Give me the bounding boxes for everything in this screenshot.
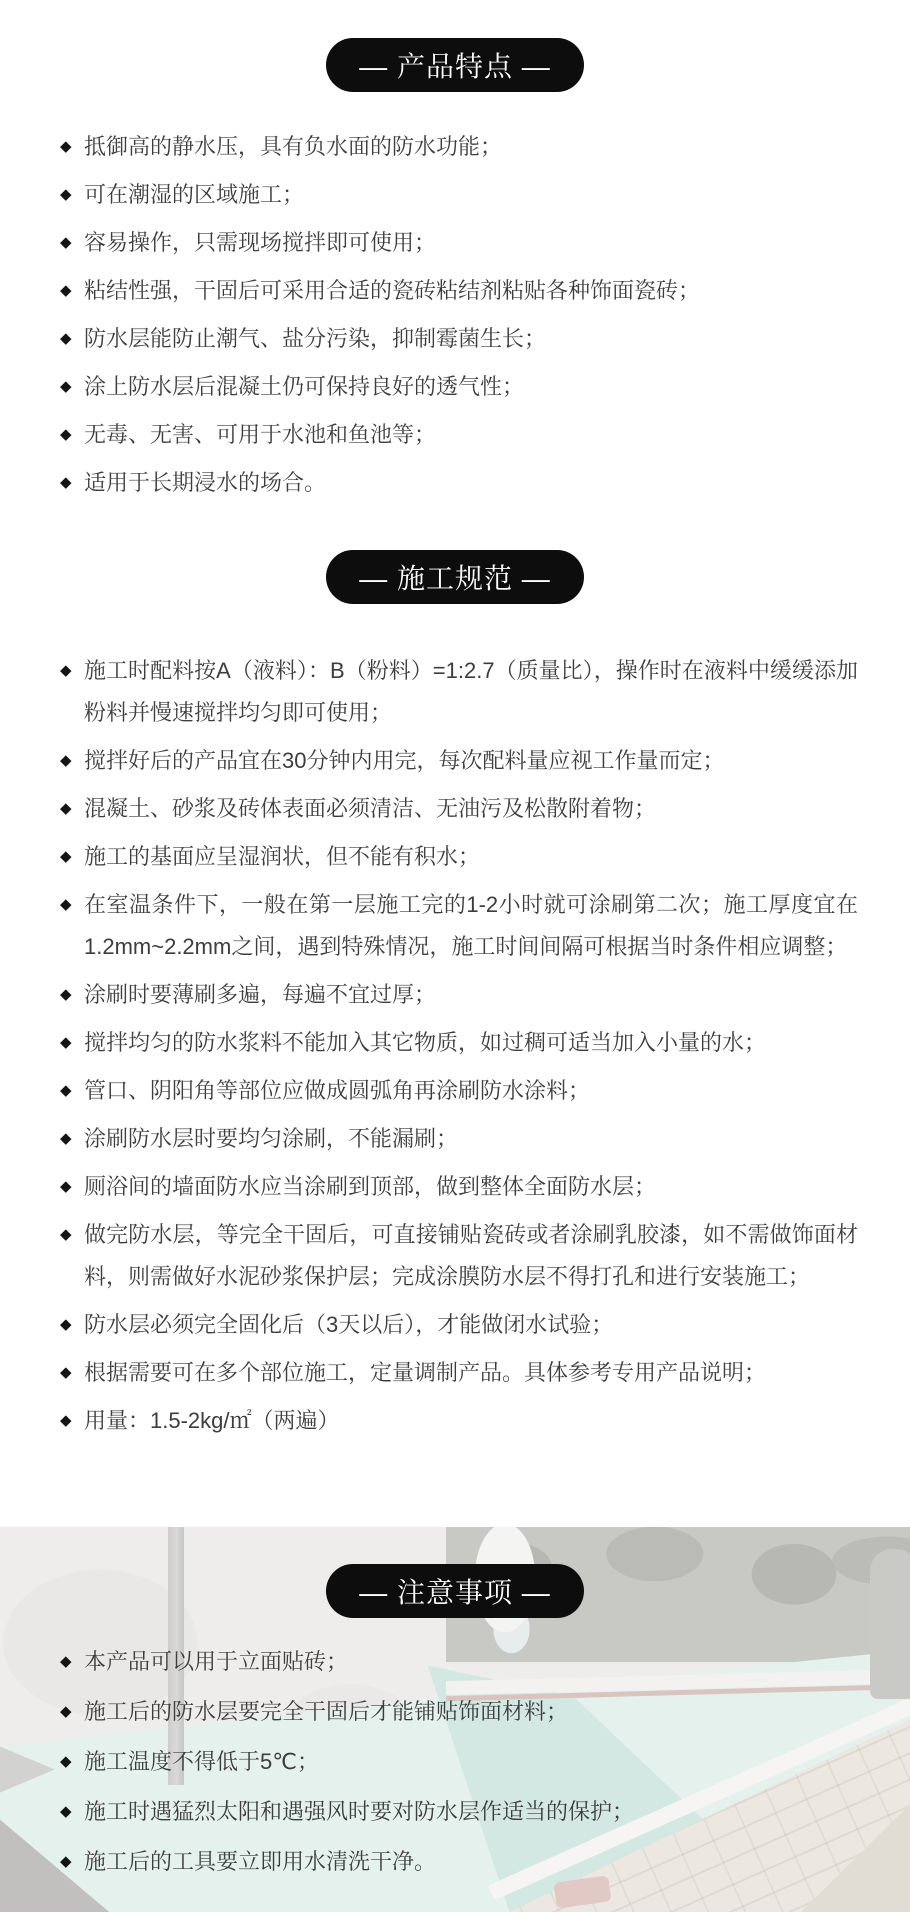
- bullet-item: ◆适用于长期浸水的场合。: [60, 462, 858, 504]
- bullet-text: 厕浴间的墙面防水应当涂刷到顶部，做到整体全面防水层；: [84, 1174, 656, 1199]
- bullet-item: ◆无毒、无害、可用于水池和鱼池等；: [60, 414, 858, 456]
- bullet-text: 用量：1.5-2kg/㎡（两遍）: [84, 1408, 340, 1433]
- bullet-text: 本产品可以用于立面贴砖；: [84, 1649, 348, 1674]
- diamond-bullet-icon: ◆: [60, 126, 72, 168]
- section-title-pill: — 施工规范 —: [326, 550, 584, 604]
- bullet-item: ◆本产品可以用于立面贴砖；: [60, 1641, 858, 1683]
- bullet-text: 涂刷时要薄刷多遍，每遍不宜过厚；: [84, 982, 436, 1007]
- diamond-bullet-icon: ◆: [60, 650, 72, 692]
- diamond-bullet-icon: ◆: [60, 788, 72, 830]
- diamond-bullet-icon: ◆: [60, 1304, 72, 1346]
- bullet-item: ◆可在潮湿的区域施工；: [60, 174, 858, 216]
- diamond-bullet-icon: ◆: [60, 740, 72, 782]
- section-product-features: — 产品特点 — ◆抵御高的静水压，具有负水面的防水功能； ◆可在潮湿的区域施工…: [0, 0, 910, 504]
- bullet-text: 抵御高的静水压，具有负水面的防水功能；: [84, 134, 502, 159]
- bullet-text: 粘结性强，干固后可采用合适的瓷砖粘结剂粘贴各种饰面瓷砖；: [84, 278, 700, 303]
- bullet-item: ◆防水层能防止潮气、盐分污染，抑制霉菌生长；: [60, 318, 858, 360]
- diamond-bullet-icon: ◆: [60, 1214, 72, 1256]
- diamond-bullet-icon: ◆: [60, 884, 72, 926]
- diamond-bullet-icon: ◆: [60, 1641, 72, 1683]
- bullet-item: ◆施工时遇猛烈太阳和遇强风时要对防水层作适当的保护；: [60, 1791, 858, 1833]
- bullet-item: ◆混凝土、砂浆及砖体表面必须清洁、无油污及松散附着物；: [60, 788, 858, 830]
- section-title-pill: — 注意事项 —: [326, 1564, 584, 1618]
- diamond-bullet-icon: ◆: [60, 174, 72, 216]
- bullet-text: 适用于长期浸水的场合。: [84, 470, 326, 495]
- precautions-list: ◆本产品可以用于立面贴砖； ◆施工后的防水层要完全干固后才能铺贴饰面材料； ◆施…: [0, 1641, 910, 1883]
- bullet-item: ◆施工温度不得低于5℃；: [60, 1741, 858, 1783]
- bullet-text: 施工的基面应呈湿润状，但不能有积水；: [84, 844, 480, 869]
- bullet-item: ◆用量：1.5-2kg/㎡（两遍）: [60, 1400, 858, 1442]
- bullet-text: 防水层能防止潮气、盐分污染，抑制霉菌生长；: [84, 326, 546, 351]
- bullet-item: ◆根据需要可在多个部位施工，定量调制产品。具体参考专用产品说明；: [60, 1352, 858, 1394]
- bullet-text: 施工后的工具要立即用水清洗干净。: [84, 1849, 436, 1874]
- diamond-bullet-icon: ◆: [60, 1118, 72, 1160]
- diamond-bullet-icon: ◆: [60, 462, 72, 504]
- product-detail-page: — 产品特点 — ◆抵御高的静水压，具有负水面的防水功能； ◆可在潮湿的区域施工…: [0, 0, 910, 1917]
- bullet-item: ◆搅拌好后的产品宜在30分钟内用完，每次配料量应视工作量而定；: [60, 740, 858, 782]
- diamond-bullet-icon: ◆: [60, 270, 72, 312]
- construction-specs-list: ◆施工时配料按A（液料）：B（粉料）=1:2.7（质量比），操作时在液料中缓缓添…: [0, 650, 910, 1442]
- bullet-item: ◆容易操作，只需现场搅拌即可使用；: [60, 222, 858, 264]
- precautions-content: — 注意事项 — ◆本产品可以用于立面贴砖； ◆施工后的防水层要完全干固后才能铺…: [0, 1527, 910, 1883]
- diamond-bullet-icon: ◆: [60, 1022, 72, 1064]
- bullet-item: ◆涂刷防水层时要均匀涂刷，不能漏刷；: [60, 1118, 858, 1160]
- bullet-item: ◆厕浴间的墙面防水应当涂刷到顶部，做到整体全面防水层；: [60, 1166, 858, 1208]
- bullet-text: 施工温度不得低于5℃；: [84, 1749, 319, 1774]
- bullet-text: 在室温条件下，一般在第一层施工完的1-2小时就可涂刷第二次；施工厚度宜在1.2m…: [84, 892, 858, 959]
- bullet-text: 搅拌好后的产品宜在30分钟内用完，每次配料量应视工作量而定；: [84, 748, 724, 773]
- bullet-item: ◆施工后的工具要立即用水清洗干净。: [60, 1841, 858, 1883]
- bullet-text: 无毒、无害、可用于水池和鱼池等；: [84, 422, 436, 447]
- bullet-item: ◆防水层必须完全固化后（3天以后），才能做闭水试验；: [60, 1304, 858, 1346]
- diamond-bullet-icon: ◆: [60, 366, 72, 408]
- bullet-item: ◆搅拌均匀的防水浆料不能加入其它物质，如过稠可适当加入小量的水；: [60, 1022, 858, 1064]
- bullet-text: 搅拌均匀的防水浆料不能加入其它物质，如过稠可适当加入小量的水；: [84, 1030, 766, 1055]
- bullet-text: 可在潮湿的区域施工；: [84, 182, 304, 207]
- bullet-item: ◆抵御高的静水压，具有负水面的防水功能；: [60, 126, 858, 168]
- bullet-text: 容易操作，只需现场搅拌即可使用；: [84, 230, 436, 255]
- diamond-bullet-icon: ◆: [60, 1841, 72, 1883]
- diamond-bullet-icon: ◆: [60, 836, 72, 878]
- bullet-text: 混凝土、砂浆及砖体表面必须清洁、无油污及松散附着物；: [84, 796, 656, 821]
- bullet-item: ◆施工的基面应呈湿润状，但不能有积水；: [60, 836, 858, 878]
- bullet-item: ◆施工后的防水层要完全干固后才能铺贴饰面材料；: [60, 1691, 858, 1733]
- bullet-item: ◆管口、阴阳角等部位应做成圆弧角再涂刷防水涂料；: [60, 1070, 858, 1112]
- bullet-item: ◆施工时配料按A（液料）：B（粉料）=1:2.7（质量比），操作时在液料中缓缓添…: [60, 650, 858, 734]
- bullet-text: 施工时遇猛烈太阳和遇强风时要对防水层作适当的保护；: [84, 1799, 634, 1824]
- bullet-text: 施工时配料按A（液料）：B（粉料）=1:2.7（质量比），操作时在液料中缓缓添加…: [84, 658, 858, 725]
- bullet-text: 涂上防水层后混凝土仍可保持良好的透气性；: [84, 374, 524, 399]
- section-construction-specs: — 施工规范 — ◆施工时配料按A（液料）：B（粉料）=1:2.7（质量比），操…: [0, 550, 910, 1442]
- bullet-item: ◆涂上防水层后混凝土仍可保持良好的透气性；: [60, 366, 858, 408]
- diamond-bullet-icon: ◆: [60, 1691, 72, 1733]
- bullet-text: 涂刷防水层时要均匀涂刷，不能漏刷；: [84, 1126, 458, 1151]
- diamond-bullet-icon: ◆: [60, 222, 72, 264]
- diamond-bullet-icon: ◆: [60, 1791, 72, 1833]
- section-precautions: — 注意事项 — ◆本产品可以用于立面贴砖； ◆施工后的防水层要完全干固后才能铺…: [0, 1527, 910, 1912]
- diamond-bullet-icon: ◆: [60, 318, 72, 360]
- bullet-item: ◆涂刷时要薄刷多遍，每遍不宜过厚；: [60, 974, 858, 1016]
- section-title-pill: — 产品特点 —: [326, 38, 584, 92]
- bullet-item: ◆做完防水层，等完全干固后，可直接铺贴瓷砖或者涂刷乳胶漆，如不需做饰面材料，则需…: [60, 1214, 858, 1298]
- product-features-list: ◆抵御高的静水压，具有负水面的防水功能； ◆可在潮湿的区域施工； ◆容易操作，只…: [0, 126, 910, 504]
- diamond-bullet-icon: ◆: [60, 1166, 72, 1208]
- diamond-bullet-icon: ◆: [60, 1352, 72, 1394]
- diamond-bullet-icon: ◆: [60, 1741, 72, 1783]
- bullet-text: 管口、阴阳角等部位应做成圆弧角再涂刷防水涂料；: [84, 1078, 590, 1103]
- bullet-item: ◆粘结性强，干固后可采用合适的瓷砖粘结剂粘贴各种饰面瓷砖；: [60, 270, 858, 312]
- diamond-bullet-icon: ◆: [60, 1070, 72, 1112]
- bullet-text: 根据需要可在多个部位施工，定量调制产品。具体参考专用产品说明；: [84, 1360, 766, 1385]
- diamond-bullet-icon: ◆: [60, 414, 72, 456]
- diamond-bullet-icon: ◆: [60, 974, 72, 1016]
- bullet-text: 做完防水层，等完全干固后，可直接铺贴瓷砖或者涂刷乳胶漆，如不需做饰面材料，则需做…: [84, 1222, 858, 1289]
- diamond-bullet-icon: ◆: [60, 1400, 72, 1442]
- bullet-item: ◆在室温条件下，一般在第一层施工完的1-2小时就可涂刷第二次；施工厚度宜在1.2…: [60, 884, 858, 968]
- bullet-text: 防水层必须完全固化后（3天以后），才能做闭水试验；: [84, 1312, 613, 1337]
- bullet-text: 施工后的防水层要完全干固后才能铺贴饰面材料；: [84, 1699, 568, 1724]
